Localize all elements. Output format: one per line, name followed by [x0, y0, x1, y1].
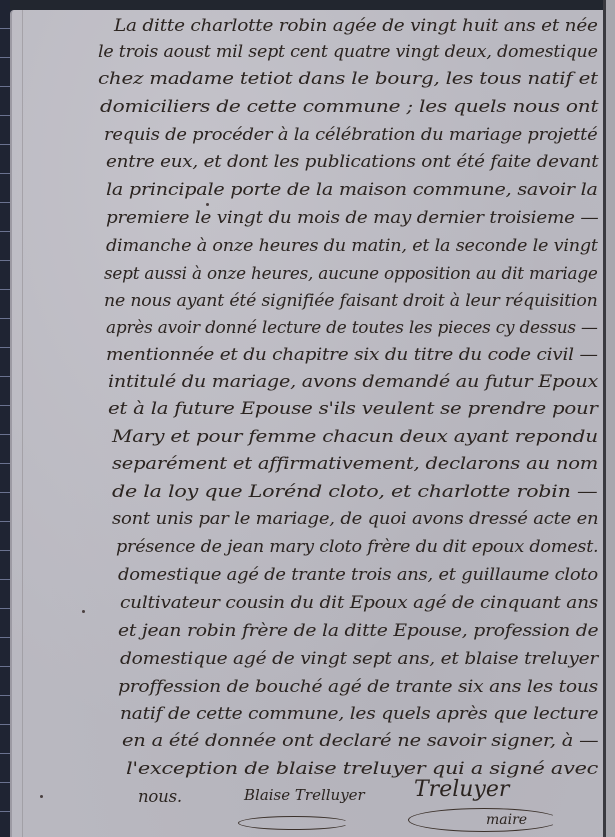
- text-line: ne nous ayant été signifiée faisant droi…: [104, 291, 598, 310]
- mayor-signature-flourish: [408, 808, 560, 832]
- ink-spot: [82, 610, 85, 613]
- page-margin-line: [22, 10, 23, 837]
- scanner-ruler: [0, 0, 10, 837]
- text-line: dimanche à onze heures du matin, et la s…: [106, 236, 598, 255]
- ink-spot: [40, 795, 43, 798]
- text-line: la principale porte de la maison commune…: [106, 180, 598, 199]
- text-line: nous.: [138, 787, 182, 806]
- text-line: premiere le vingt du mois de may dernier…: [106, 208, 598, 227]
- text-line: intitulé du mariage, avons demandé au fu…: [108, 372, 598, 391]
- scanner-top-edge: [0, 0, 615, 10]
- text-line: le trois aoust mil sept cent quatre ving…: [98, 42, 598, 61]
- text-line: natif de cette commune, les quels après …: [120, 704, 598, 723]
- adjacent-page-edge: [606, 0, 615, 837]
- text-line: entre eux, et dont les publications ont …: [106, 152, 598, 171]
- text-line: l'exception de blaise treluyer qui a sig…: [126, 759, 598, 778]
- mayor-title-text: maire: [486, 812, 527, 828]
- text-line: requis de procéder à la célébration du m…: [104, 125, 597, 144]
- text-line: La ditte charlotte robin agée de vingt h…: [114, 16, 598, 35]
- text-line: proffession de bouché agé de trante six …: [118, 677, 598, 696]
- text-line: et à la future Epouse s'ils veulent se p…: [108, 399, 598, 418]
- signature-flourish: [238, 816, 350, 830]
- text-line: présence de jean mary cloto frère du dit…: [116, 537, 598, 556]
- text-line: domestique agé de vingt sept ans, et bla…: [120, 649, 598, 668]
- text-line: Mary et pour femme chacun deux ayant rep…: [112, 427, 598, 446]
- text-line: separément et affirmativement, declarons…: [112, 454, 598, 473]
- text-line: sont unis par le mariage, de quoi avons …: [112, 509, 598, 528]
- text-line: domiciliers de cette commune ; les quels…: [100, 97, 598, 116]
- text-line: après avoir donné lecture de toutes les …: [106, 318, 598, 337]
- text-line: cultivateur cousin du dit Epoux agé de c…: [120, 593, 598, 612]
- text-line: domestique agé de trante trois ans, et g…: [118, 565, 598, 584]
- mayor-signature-text: Treluyer: [414, 777, 509, 802]
- witness-signature-text: Blaise Trelluyer: [244, 786, 365, 804]
- text-line: de la loy que Lorénd cloto, et charlotte…: [112, 482, 597, 501]
- ink-spot: [206, 203, 209, 206]
- text-line: chez madame tetiot dans le bourg, les to…: [98, 69, 598, 88]
- text-line: sept aussi à onze heures, aucune opposit…: [104, 264, 598, 283]
- text-line: en a été donnée ont declaré ne savoir si…: [122, 731, 598, 750]
- text-line: mentionnée et du chapitre six du titre d…: [106, 345, 598, 364]
- text-line: et jean robin frère de la ditte Epouse, …: [118, 621, 598, 640]
